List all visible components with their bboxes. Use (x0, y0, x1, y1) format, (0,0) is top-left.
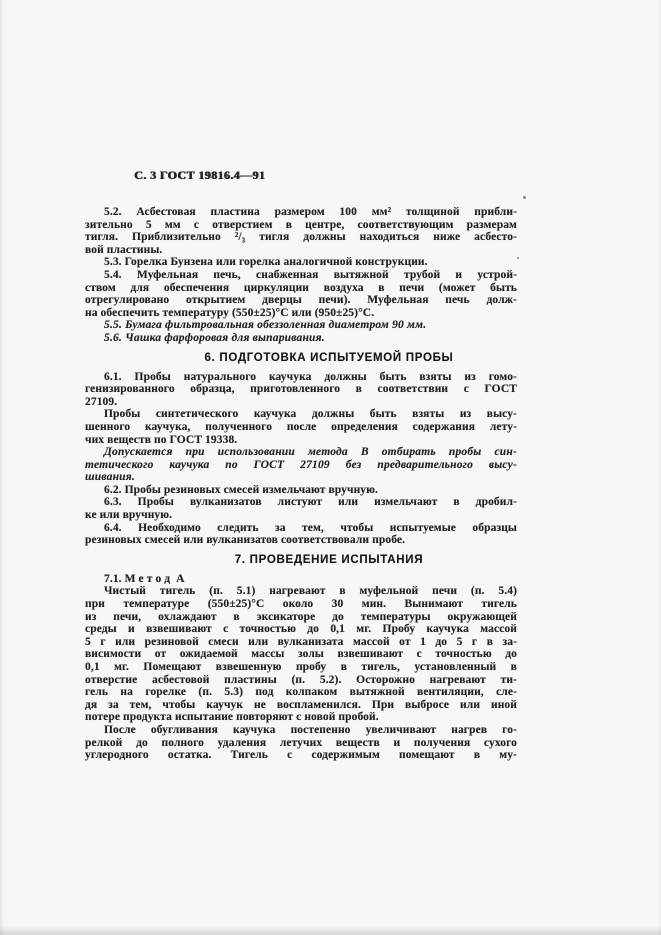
scanned-document-page: С. 3 ГОСТ 19816.4—91 5.2. Асбестовая пла… (0, 0, 661, 935)
paragraph: 5.4. Муфельная печь, снабженная вытяжной… (85, 269, 517, 319)
text-line: отверстие асбестовой пластины (п. 5.2). … (85, 674, 517, 687)
text-line: чих веществ по ГОСТ 19338. (85, 434, 517, 447)
text-line: Допускается при использовании метода В о… (85, 446, 517, 459)
text-line: висимости от ожидаемой массы золы взвеши… (85, 648, 517, 661)
paragraph: 6.2. Пробы резиновых смесей измельчают в… (85, 484, 517, 497)
text-line: Чистый тигель (п. 5.1) нагревают в муфел… (85, 585, 517, 598)
paragraph: Чистый тигель (п. 5.1) нагревают в муфел… (85, 585, 517, 724)
paragraph: 6.4. Необходимо следить за тем, чтобы ис… (85, 522, 517, 547)
text-line: 6.2. Пробы резиновых смесей измельчают в… (85, 484, 517, 497)
scan-speck (517, 257, 519, 259)
text-line: вой пластины. (85, 244, 517, 257)
paragraph: 5.3. Горелка Бунзена или горелка аналоги… (85, 256, 517, 269)
text-line: шивания. (85, 471, 517, 484)
paragraph: После обугливания каучука постепенно уве… (85, 724, 517, 762)
paragraph: 6.1. Пробы натурального каучука должны б… (85, 371, 517, 409)
paragraph: 5.6. Чашка фарфоровая для выпаривания. (85, 332, 517, 345)
text-line: при температуре (550±25)°С около 30 мин.… (85, 598, 517, 611)
text-line: 6.4. Необходимо следить за тем, чтобы ис… (85, 522, 517, 535)
page-bottom-edge-shadow (0, 925, 661, 935)
paragraph: 7.1. М е т о д А (85, 573, 517, 586)
text-line: на обеспечить температуру (550±25)°С или… (85, 307, 517, 320)
text-line: ке или вручную. (85, 509, 517, 522)
text-line: 5.2. Асбестовая пластина размером 100 мм… (85, 206, 517, 219)
text-line: среды и взвешивают с точностью до 0,1 мг… (85, 623, 517, 636)
paragraph: 5.5. Бумага фильтровальная обеззоленная … (85, 319, 517, 332)
text-line: отрегулировано открытием дверцы печи). М… (85, 294, 517, 307)
text-line: 6.1. Пробы натурального каучука должны б… (85, 371, 517, 384)
text-line: тетического каучука по ГОСТ 27109 без пр… (85, 459, 517, 472)
text-line: 0,1 мг. Помещают взвешенную пробу в тиге… (85, 661, 517, 674)
text-line: 5.3. Горелка Бунзена или горелка аналоги… (85, 256, 517, 269)
paragraph: Допускается при использовании метода В о… (85, 446, 517, 484)
text-line: После обугливания каучука постепенно уве… (85, 724, 517, 737)
text-line: 7.1. М е т о д А (85, 573, 517, 586)
text-line: потере продукта испытание повторяют с но… (85, 711, 517, 724)
text-line: релкой до полного удаления летучих вещес… (85, 737, 517, 750)
text-line: 5.6. Чашка фарфоровая для выпаривания. (85, 332, 517, 345)
section-heading: 6. ПОДГОТОВКА ИСПЫТУЕМОЙ ПРОБЫ (85, 352, 517, 365)
text-line: 6.3. Пробы вулканизатов листуют или изме… (85, 496, 517, 509)
text-line: генизированного образца, приготовленного… (85, 383, 517, 396)
text-line: из печи, охлаждают в эксикаторе до темпе… (85, 611, 517, 624)
paragraph: Пробы синтетического каучука должны быть… (85, 408, 517, 446)
text-line: тигля. Приблизительно ²/₃ тигля должны н… (85, 231, 517, 244)
paragraph: 6.3. Пробы вулканизатов листуют или изме… (85, 496, 517, 521)
text-line: резиновых смесей или вулканизатов соотве… (85, 534, 517, 547)
text-line: ством для обеспечения циркуляции воздуха… (85, 282, 517, 295)
text-line: зительно 5 мм с отверстием в центре, соо… (85, 219, 517, 232)
print-column: С. 3 ГОСТ 19816.4—91 5.2. Асбестовая пла… (85, 168, 517, 762)
text-line: 5 г или резиновой смеси или вулканизата … (85, 636, 517, 649)
text-line: 5.4. Муфельная печь, снабженная вытяжной… (85, 269, 517, 282)
text-line: углеродного остатка. Тигель с содержимым… (85, 749, 517, 762)
page-left-edge-shadow (0, 0, 4, 935)
scan-speck (523, 196, 526, 199)
text-line: Пробы синтетического каучука должны быть… (85, 408, 517, 421)
document-body: 5.2. Асбестовая пластина размером 100 мм… (85, 206, 517, 762)
text-line: 27109. (85, 396, 517, 409)
text-line: 5.5. Бумага фильтровальная обеззоленная … (85, 319, 517, 332)
section-heading: 7. ПРОВЕДЕНИЕ ИСПЫТАНИЯ (85, 554, 517, 567)
running-head: С. 3 ГОСТ 19816.4—91 (134, 168, 517, 183)
text-line: шенного каучука, полученного после опред… (85, 421, 517, 434)
text-line: дя за тем, чтобы каучук не воспламенился… (85, 699, 517, 712)
text-line: гель на горелке (п. 5.3) под колпаком вы… (85, 686, 517, 699)
paragraph: 5.2. Асбестовая пластина размером 100 мм… (85, 206, 517, 256)
